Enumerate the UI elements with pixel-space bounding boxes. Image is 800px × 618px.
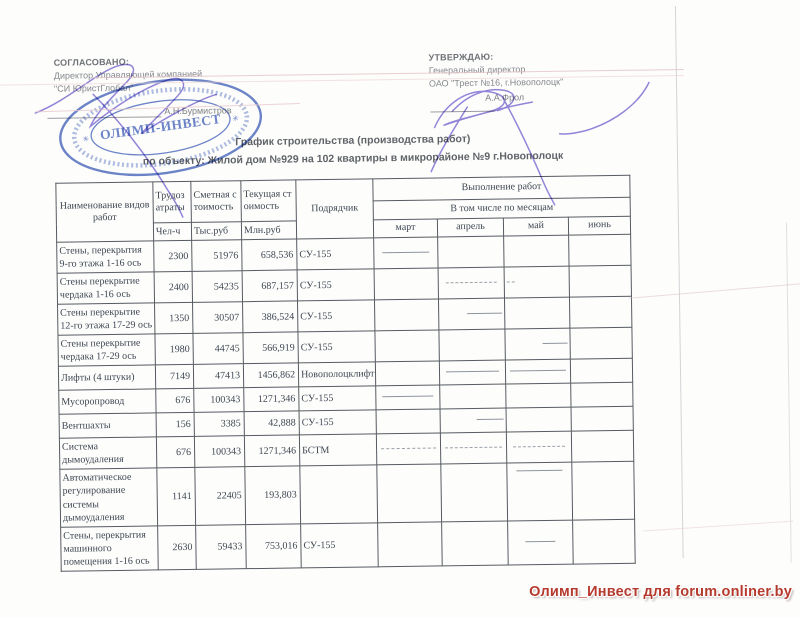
- estimate-cell: 44745: [193, 333, 243, 365]
- gantt-mark: [445, 281, 497, 285]
- col-header-contractor: Подрядчик: [296, 179, 374, 239]
- gantt-mark: [446, 371, 500, 375]
- labor-cell: 156: [156, 412, 194, 437]
- labor-cell: 2400: [154, 271, 192, 303]
- gantt-mark: [510, 370, 565, 374]
- work-name-cell: Система дымоудаления: [59, 437, 156, 469]
- signer-name-right: А.А.Фрол: [485, 92, 524, 103]
- month-cell: [570, 327, 632, 359]
- month-cell: [505, 328, 570, 360]
- contractor-cell: Новополоцклифт: [298, 362, 375, 387]
- month-cell: [374, 268, 438, 300]
- month-header-may: май: [503, 217, 568, 236]
- schedule-table-body: Стены, перекрытия 9-го этажа 1-16 ось230…: [57, 234, 636, 571]
- signer-name-left: А.Н.Бурмистров: [164, 105, 231, 116]
- work-name-cell: Стены перекрытие чердака 1-16 ось: [57, 272, 154, 304]
- construction-schedule-table: Наименование видов работ Трудозатраты См…: [55, 175, 635, 572]
- unit-estimate: Тыс.руб: [191, 222, 241, 241]
- month-cell: [505, 359, 570, 384]
- gantt-mark: [467, 312, 502, 315]
- forum-watermark: Олимп_Инвест для forum.onliner.by: [529, 584, 792, 600]
- month-cell: [504, 266, 569, 298]
- month-cell: [504, 235, 569, 267]
- month-cell: [375, 361, 439, 386]
- month-cell: [506, 383, 571, 408]
- scan-artifact-diagonal-line-2: [643, 521, 793, 532]
- current-cell: 1271,346: [244, 387, 299, 412]
- work-name-cell: Стены, перекрытия 9-го этажа 1-16 ось: [57, 241, 154, 273]
- labor-cell: 1141: [157, 467, 196, 526]
- estimate-cell: 30507: [193, 302, 243, 334]
- approval-block-right: УТВЕРЖДАЮ: Генеральный директор ОАО "Тре…: [429, 50, 564, 91]
- estimate-cell: 51976: [192, 240, 242, 272]
- col-header-current: Текущая стоимость: [241, 180, 297, 222]
- labor-cell: 2630: [158, 525, 197, 570]
- current-cell: 386,524: [243, 301, 298, 333]
- scanned-document-page: СОГЛАСОВАНО: Директор Управляющей компан…: [0, 0, 800, 618]
- month-cell: [506, 431, 571, 463]
- month-cell: [573, 519, 636, 564]
- month-cell: [440, 408, 506, 433]
- signature-line-right: [430, 111, 495, 113]
- table-header: Наименование видов работ Трудозатраты См…: [56, 175, 631, 242]
- gantt-mark: [383, 396, 433, 400]
- agreed-line2: "СИ ЮристГлобал": [54, 81, 203, 96]
- estimate-cell: 47413: [193, 364, 243, 389]
- month-cell: [440, 432, 506, 464]
- unit-current: Млн.руб: [241, 221, 296, 240]
- month-cell: [570, 358, 632, 383]
- estimate-cell: 3385: [194, 412, 244, 437]
- table-row: Стены, перекрытия машинного помещения 1-…: [61, 519, 636, 571]
- labor-cell: 676: [156, 436, 194, 468]
- gantt-mark: [383, 251, 429, 255]
- labor-cell: 1980: [155, 333, 193, 365]
- month-cell: [571, 430, 633, 462]
- month-cell: [375, 330, 439, 362]
- estimate-cell: 54235: [192, 271, 242, 303]
- gantt-mark: [513, 445, 566, 449]
- current-cell: 753,016: [246, 524, 302, 569]
- estimate-cell: 22405: [195, 467, 246, 526]
- month-cell: [569, 234, 631, 266]
- contractor-cell: СУ-155: [299, 386, 376, 411]
- contractor-cell: СУ-155: [299, 410, 376, 435]
- document-content: СОГЛАСОВАНО: Директор Управляющей компан…: [0, 0, 800, 618]
- approval-block-left: СОГЛАСОВАНО: Директор Управляющей компан…: [54, 55, 203, 96]
- current-cell: 193,803: [245, 466, 301, 525]
- month-cell: [440, 384, 506, 409]
- month-cell: [376, 385, 440, 410]
- current-cell: 687,157: [242, 270, 297, 302]
- document-subtitle: по объекту: Жилой дом №929 на 102 кварти…: [58, 149, 648, 169]
- agreed-line1: Директор Управляющей компанией: [54, 68, 203, 83]
- schedule-table-wrap: Наименование видов работ Трудозатраты См…: [55, 175, 635, 572]
- contractor-cell: СУ-155: [298, 300, 375, 332]
- contractor-cell: БСТМ: [299, 434, 376, 466]
- col-header-estimate: Сметная стоимость: [191, 181, 242, 223]
- work-name-cell: Стены перекрытие чердака 17-29 ось: [58, 334, 155, 366]
- month-cell: [376, 433, 440, 465]
- labor-cell: 7149: [155, 364, 193, 389]
- gantt-mark: [476, 419, 503, 422]
- month-cell: [504, 297, 569, 329]
- work-name-cell: Мусоропровод: [59, 389, 156, 414]
- month-header-june: июнь: [568, 216, 630, 235]
- labor-cell: 2300: [154, 240, 192, 272]
- work-name-cell: Автоматическое регулирование системы дым…: [60, 468, 158, 527]
- month-cell: [378, 522, 443, 567]
- work-name-cell: Лифты (4 штуки): [58, 365, 155, 390]
- month-cell: [377, 464, 442, 523]
- contractor-cell: СУ-155: [297, 269, 374, 301]
- estimate-cell: 100343: [194, 436, 244, 468]
- gantt-mark: [507, 281, 515, 284]
- approved-line2: ОАО "Трест №16, г.Новополоцк": [429, 76, 563, 91]
- estimate-cell: 59433: [196, 525, 247, 570]
- col-header-labor: Трудозатраты: [153, 181, 192, 223]
- unit-labor: Чел-ч: [153, 222, 191, 241]
- contractor-cell: СУ-155: [298, 331, 375, 363]
- current-cell: 658,536: [242, 239, 297, 271]
- month-cell: [376, 409, 440, 434]
- document-title: График строительства (производства работ…: [58, 131, 648, 151]
- month-cell: [571, 406, 633, 431]
- current-cell: 42,888: [244, 411, 299, 436]
- month-cell: [438, 267, 504, 299]
- gantt-mark: [542, 342, 567, 345]
- work-name-cell: Вентшахты: [59, 413, 156, 438]
- month-cell: [374, 299, 438, 331]
- contractor-cell: СУ-155: [297, 238, 374, 270]
- month-cell: [508, 520, 574, 565]
- month-cell: [506, 407, 571, 432]
- contractor-cell: СУ-155: [301, 523, 379, 568]
- current-cell: 1271,346: [244, 435, 299, 467]
- work-name-cell: Стены, перекрытия машинного помещения 1-…: [61, 526, 159, 571]
- signature-right-flourish: [559, 83, 650, 135]
- month-cell: [569, 296, 631, 328]
- svg-text:✳: ✳: [231, 114, 239, 124]
- month-cell: [571, 382, 633, 407]
- signature-line-left: [47, 116, 161, 119]
- current-cell: 566,919: [243, 332, 298, 364]
- current-cell: 1456,862: [243, 363, 298, 388]
- gantt-mark: [445, 446, 501, 450]
- gantt-mark: [381, 447, 435, 451]
- scan-artifact-vertical-line-2: [786, 223, 792, 563]
- month-cell: [439, 360, 505, 385]
- month-cell: [572, 461, 635, 520]
- gantt-mark: [525, 541, 555, 544]
- month-cell: [439, 329, 505, 361]
- month-header-april: апрель: [437, 218, 503, 237]
- month-cell: [507, 462, 573, 521]
- gantt-mark: [516, 470, 563, 474]
- col-header-work-name: Наименование видов работ: [56, 182, 154, 242]
- scan-artifact-diagonal-line: [628, 283, 799, 298]
- month-header-march: март: [373, 219, 437, 238]
- work-name-cell: Стены перекрытие 12-го этажа 17-29 ось: [58, 303, 155, 335]
- estimate-cell: 100343: [194, 388, 244, 413]
- month-cell: [374, 237, 438, 269]
- labor-cell: 1350: [155, 302, 193, 334]
- contractor-cell: [300, 465, 378, 524]
- month-cell: [438, 298, 504, 330]
- scan-artifact-vertical-line: [675, 6, 684, 558]
- month-cell: [438, 236, 504, 268]
- month-cell: [569, 265, 631, 297]
- month-cell: [442, 521, 509, 566]
- table-row: Автоматическое регулирование системы дым…: [60, 461, 635, 527]
- labor-cell: 676: [156, 388, 194, 413]
- month-cell: [441, 463, 508, 522]
